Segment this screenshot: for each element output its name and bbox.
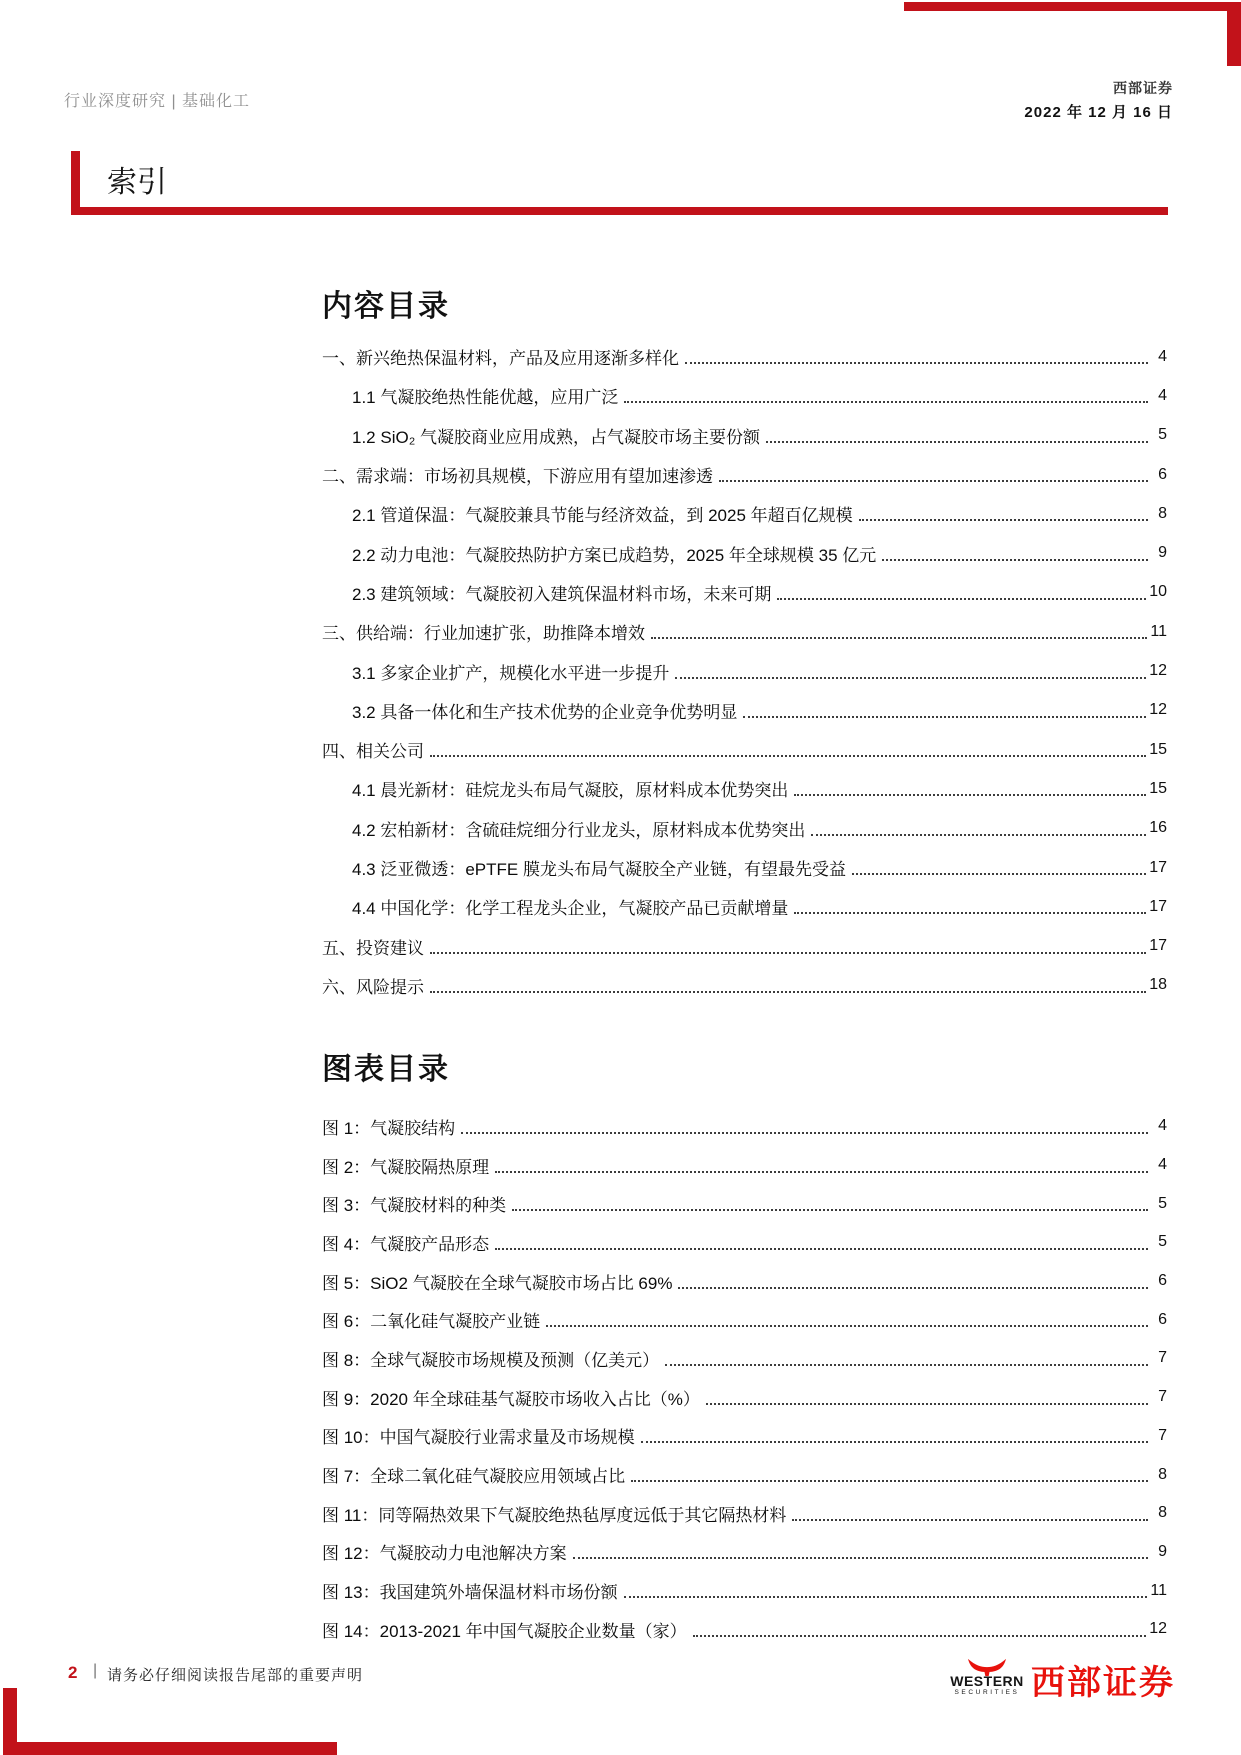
toc-entry[interactable]: 四、相关公司 15	[322, 730, 1167, 769]
toc-entry-page: 11	[1150, 623, 1167, 641]
toc-entry[interactable]: 2.3 建筑领域：气凝胶初入建筑保温材料市场，未来可期 10	[322, 573, 1167, 612]
toc-entry-page: 18	[1149, 976, 1167, 994]
toc-entry-label: 2.1 管道保温：气凝胶兼具节能与经济效益，到 2025 年超百亿规模	[352, 501, 853, 526]
figure-entry-page: 11	[1150, 1582, 1167, 1600]
figure-entry[interactable]: 图 11：同等隔热效果下气凝胶绝热毡厚度远低于其它隔热材料 8	[322, 1494, 1167, 1533]
dotted-leader	[665, 1363, 1148, 1366]
toc-entry-label: 三、供给端：行业加速扩张，助推降本增效	[322, 619, 645, 644]
dotted-leader	[573, 1556, 1148, 1559]
toc-entry-label: 六、风险提示	[322, 973, 424, 998]
toc-entry[interactable]: 三、供给端：行业加速扩张，助推降本增效 11	[322, 612, 1167, 651]
figure-entry-label: 图 2：气凝胶隔热原理	[322, 1153, 489, 1178]
dotted-leader	[430, 990, 1146, 993]
dotted-leader	[766, 440, 1148, 443]
footer-disclaimer: 请务必仔细阅读报告尾部的重要声明	[107, 1664, 363, 1685]
toc-entry-label: 3.2 具备一体化和生产技术优势的企业竞争优势明显	[352, 698, 737, 723]
dotted-leader	[624, 400, 1148, 403]
dotted-leader	[461, 1131, 1148, 1134]
toc-entry[interactable]: 2.1 管道保温：气凝胶兼具节能与经济效益，到 2025 年超百亿规模 8	[322, 494, 1167, 533]
toc-entry-page: 8	[1151, 505, 1167, 523]
figure-entry-label: 图 7：全球二氧化硅气凝胶应用领域占比	[322, 1462, 625, 1487]
toc-entry-label: 4.2 宏柏新材：含硫硅烷细分行业龙头，原材料成本优势突出	[352, 816, 805, 841]
header-brand: 西部证券	[1113, 78, 1173, 98]
figure-entry[interactable]: 图 14：2013-2021 年中国气凝胶企业数量（家） 12	[322, 1610, 1167, 1649]
toc-entry[interactable]: 一、新兴绝热保温材料，产品及应用逐渐多样化 4	[322, 337, 1167, 376]
figure-entry[interactable]: 图 1：气凝胶结构 4	[322, 1107, 1167, 1146]
toc-entry[interactable]: 二、需求端：市场初具规模，下游应用有望加速渗透 6	[322, 455, 1167, 494]
figure-entry-label: 图 14：2013-2021 年中国气凝胶企业数量（家）	[322, 1617, 687, 1642]
toc-entry-label: 4.3 泛亚微透：ePTFE 膜龙头布局气凝胶全产业链，有望最先受益	[352, 855, 846, 880]
dotted-leader	[430, 951, 1146, 954]
figure-entry-page: 4	[1151, 1156, 1167, 1174]
toc-entry-label: 二、需求端：市场初具规模，下游应用有望加速渗透	[322, 462, 713, 487]
dotted-leader	[792, 1518, 1148, 1521]
dotted-leader	[512, 1208, 1148, 1211]
toc-entry-page: 16	[1149, 819, 1167, 837]
contents-toc-title: 内容目录	[322, 281, 450, 325]
figure-entry-page: 7	[1151, 1388, 1167, 1406]
dotted-leader	[546, 1324, 1148, 1327]
toc-entry-page: 12	[1149, 701, 1167, 719]
figure-entry[interactable]: 图 6：二氧化硅气凝胶产业链 6	[322, 1300, 1167, 1339]
toc-entry[interactable]: 3.2 具备一体化和生产技术优势的企业竞争优势明显 12	[322, 691, 1167, 730]
dotted-leader	[675, 676, 1146, 679]
western-securities-logo: WESTERN SECURITIES	[950, 1658, 1024, 1697]
dotted-leader	[495, 1170, 1148, 1173]
figure-entry[interactable]: 图 8：全球气凝胶市场规模及预测（亿美元） 7	[322, 1339, 1167, 1378]
figure-entry-label: 图 5：SiO2 气凝胶在全球气凝胶市场占比 69%	[322, 1269, 672, 1294]
toc-entry[interactable]: 4.3 泛亚微透：ePTFE 膜龙头布局气凝胶全产业链，有望最先受益 17	[322, 848, 1167, 887]
figure-entry-label: 图 1：气凝胶结构	[322, 1114, 455, 1139]
index-title: 索引	[107, 157, 167, 201]
index-banner: 索引	[71, 151, 1168, 215]
dotted-leader	[678, 1286, 1148, 1289]
figure-entry[interactable]: 图 4：气凝胶产品形态 5	[322, 1223, 1167, 1262]
toc-entry-label: 四、相关公司	[322, 737, 424, 762]
figure-entry-label: 图 11：同等隔热效果下气凝胶绝热毡厚度远低于其它隔热材料	[322, 1501, 786, 1526]
toc-entry-page: 5	[1151, 426, 1167, 444]
figure-entry-label: 图 8：全球气凝胶市场规模及预测（亿美元）	[322, 1346, 659, 1371]
report-category: 行业深度研究 | 基础化工	[64, 88, 250, 111]
toc-entry[interactable]: 4.4 中国化学：化学工程龙头企业，气凝胶产品已贡献增量 17	[322, 887, 1167, 926]
logo-name-cn: 西部证券	[1031, 1655, 1175, 1704]
toc-entry-label: 4.4 中国化学：化学工程龙头企业，气凝胶产品已贡献增量	[352, 894, 788, 919]
figure-entry[interactable]: 图 10：中国气凝胶行业需求量及市场规模 7	[322, 1417, 1167, 1456]
toc-entry-label: 五、投资建议	[322, 934, 424, 959]
dotted-leader	[706, 1402, 1148, 1405]
toc-entry[interactable]: 五、投资建议 17	[322, 926, 1167, 965]
toc-entry-label: 一、新兴绝热保温材料，产品及应用逐渐多样化	[322, 344, 679, 369]
toc-entry[interactable]: 2.2 动力电池：气凝胶热防护方案已成趋势，2025 年全球规模 35 亿元 9	[322, 533, 1167, 572]
toc-entry-label: 2.2 动力电池：气凝胶热防护方案已成趋势，2025 年全球规模 35 亿元	[352, 541, 876, 566]
top-right-decor-bar-vertical	[1227, 2, 1241, 66]
figure-entry-page: 7	[1151, 1427, 1167, 1445]
figure-entry-page: 8	[1151, 1466, 1167, 1484]
toc-entry-page: 6	[1151, 466, 1167, 484]
figure-entry[interactable]: 图 5：SiO2 气凝胶在全球气凝胶市场占比 69% 6	[322, 1262, 1167, 1301]
dotted-leader	[641, 1440, 1148, 1443]
toc-entry-page: 4	[1151, 387, 1167, 405]
dotted-leader	[794, 911, 1146, 914]
report-date: 2022 年 12 月 16 日	[1024, 101, 1173, 122]
toc-entry-label: 3.1 多家企业扩产，规模化水平进一步提升	[352, 659, 669, 684]
footer-separator: |	[93, 1662, 97, 1680]
figure-entry-page: 6	[1151, 1311, 1167, 1329]
figure-entry-page: 5	[1151, 1233, 1167, 1251]
dotted-leader	[430, 754, 1146, 757]
contents-toc-list: 一、新兴绝热保温材料，产品及应用逐渐多样化 4 1.1 气凝胶绝热性能优越，应用…	[322, 337, 1167, 1005]
figures-toc-title: 图表目录	[322, 1044, 450, 1088]
toc-entry-page: 15	[1149, 741, 1167, 759]
figure-entry-label: 图 13：我国建筑外墙保温材料市场份额	[322, 1578, 618, 1603]
dotted-leader	[693, 1634, 1147, 1637]
logo-sub-en: SECURITIES	[950, 1690, 1024, 1697]
figure-entry-label: 图 10：中国气凝胶行业需求量及市场规模	[322, 1423, 635, 1448]
dotted-leader	[624, 1595, 1148, 1598]
dotted-leader	[685, 361, 1148, 364]
dotted-leader	[651, 636, 1147, 639]
figure-entry-page: 5	[1151, 1195, 1167, 1213]
figure-entry-label: 图 4：气凝胶产品形态	[322, 1230, 489, 1255]
dotted-leader	[719, 479, 1148, 482]
dotted-leader	[495, 1247, 1148, 1250]
toc-entry[interactable]: 3.1 多家企业扩产，规模化水平进一步提升 12	[322, 651, 1167, 690]
toc-entry[interactable]: 1.1 气凝胶绝热性能优越，应用广泛 4	[322, 376, 1167, 415]
toc-entry-page: 17	[1149, 859, 1167, 877]
report-page: 行业深度研究 | 基础化工 西部证券 2022 年 12 月 16 日 索引 内…	[0, 0, 1241, 1755]
figure-entry[interactable]: 图 7：全球二氧化硅气凝胶应用领域占比 8	[322, 1455, 1167, 1494]
top-right-decor-bar	[904, 2, 1241, 11]
figure-entry[interactable]: 图 12：气凝胶动力电池解决方案 9	[322, 1533, 1167, 1572]
figure-entry-page: 9	[1151, 1543, 1167, 1561]
figure-entry-label: 图 12：气凝胶动力电池解决方案	[322, 1539, 567, 1564]
figure-entry-label: 图 9：2020 年全球硅基气凝胶市场收入占比（%）	[322, 1385, 700, 1410]
toc-entry-label: 4.1 晨光新材：硅烷龙头布局气凝胶，原材料成本优势突出	[352, 776, 788, 801]
toc-entry[interactable]: 六、风险提示 18	[322, 966, 1167, 1005]
figure-entry-page: 6	[1151, 1272, 1167, 1290]
dotted-leader	[882, 558, 1148, 561]
dotted-leader	[794, 793, 1146, 796]
toc-entry[interactable]: 4.1 晨光新材：硅烷龙头布局气凝胶，原材料成本优势突出 15	[322, 769, 1167, 808]
figure-entry-page: 7	[1151, 1349, 1167, 1367]
figure-entry[interactable]: 图 3：气凝胶材料的种类 5	[322, 1184, 1167, 1223]
dotted-leader	[859, 518, 1148, 521]
dotted-leader	[743, 715, 1146, 718]
footer-page-number: 2	[68, 1663, 77, 1683]
toc-entry-label: 1.1 气凝胶绝热性能优越，应用广泛	[352, 383, 618, 408]
toc-entry[interactable]: 4.2 宏柏新材：含硫硅烷细分行业龙头，原材料成本优势突出 16	[322, 809, 1167, 848]
toc-entry-page: 9	[1151, 544, 1167, 562]
bottom-left-decor-bar	[3, 1688, 337, 1755]
toc-entry-page: 17	[1149, 937, 1167, 955]
figure-entry[interactable]: 图 9：2020 年全球硅基气凝胶市场收入占比（%） 7	[322, 1378, 1167, 1417]
dotted-leader	[811, 833, 1146, 836]
toc-entry[interactable]: 1.2 SiO₂ 气凝胶商业应用成熟，占气凝胶市场主要份额 5	[322, 416, 1167, 455]
figure-entry-page: 8	[1151, 1504, 1167, 1522]
figure-entry-label: 图 6：二氧化硅气凝胶产业链	[322, 1307, 540, 1332]
toc-entry-page: 4	[1151, 348, 1167, 366]
toc-entry-page: 12	[1149, 662, 1167, 680]
toc-entry-page: 17	[1149, 898, 1167, 916]
figure-entry[interactable]: 图 2：气凝胶隔热原理 4	[322, 1146, 1167, 1185]
figure-entry-page: 12	[1149, 1620, 1167, 1638]
dotted-leader	[852, 872, 1146, 875]
toc-entry-page: 15	[1149, 780, 1167, 798]
figure-entry-page: 4	[1151, 1117, 1167, 1135]
dotted-leader	[777, 597, 1146, 600]
figure-entry-label: 图 3：气凝胶材料的种类	[322, 1191, 506, 1216]
figure-entry[interactable]: 图 13：我国建筑外墙保温材料市场份额 11	[322, 1571, 1167, 1610]
dotted-leader	[631, 1479, 1148, 1482]
toc-entry-page: 10	[1149, 583, 1167, 601]
figures-toc-list: 图 1：气凝胶结构 4 图 2：气凝胶隔热原理 4 图 3：气凝胶材料的种类 5…	[322, 1107, 1167, 1649]
logo-name-en: WESTERN	[950, 1674, 1024, 1688]
toc-entry-label: 2.3 建筑领域：气凝胶初入建筑保温材料市场，未来可期	[352, 580, 771, 605]
toc-entry-label: 1.2 SiO₂ 气凝胶商业应用成熟，占气凝胶市场主要份额	[352, 423, 760, 448]
